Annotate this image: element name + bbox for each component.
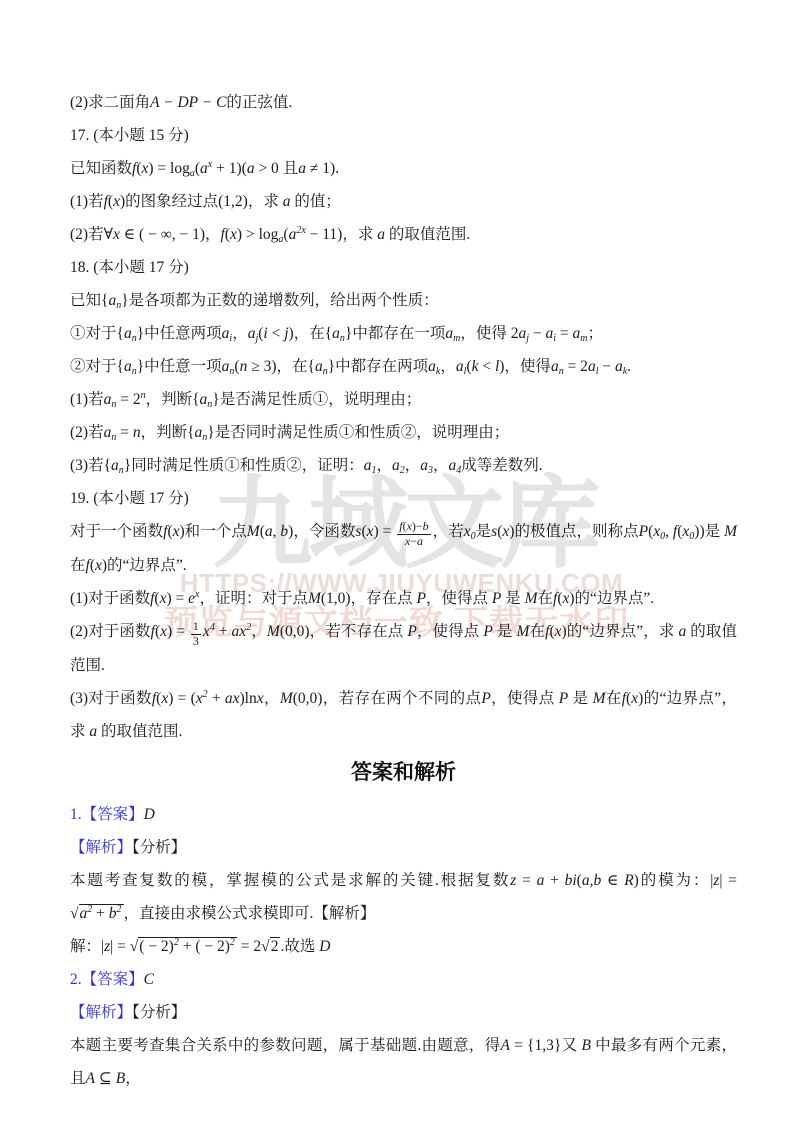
answers-heading: 答案和解析	[70, 754, 737, 790]
q18-part2: (2)若an = n，判断{an}是否同时满足性质①和性质②，说明理由；	[70, 416, 737, 449]
q18-header: 18. (本小题 17 分)	[70, 251, 737, 284]
answer2-analysis: 本题主要考查集合关系中的参数问题，属于基础题.由题意，得A = {1,3}又 B…	[70, 1029, 737, 1095]
q19-given: 对于一个函数f(x)和一个点M(a, b)，令函数s(x) = f(x)−bx−…	[70, 515, 737, 582]
questions-section: (2)求二面角A − DP − C的正弦值.17. (本小题 15 分)已知函数…	[70, 86, 737, 748]
q19-part3: (3)对于函数f(x) = (x2 + ax)lnx，M(0,0)，若存在两个不…	[70, 682, 737, 748]
square-root: √2	[261, 937, 280, 955]
q19-part2: (2)对于函数f(x) = 13x4 + ax2，M(0,0)，若不存在点 P，…	[70, 615, 737, 682]
document-content: (2)求二面角A − DP − C的正弦值.17. (本小题 15 分)已知函数…	[0, 0, 793, 1095]
answer1-analysis: 本题考查复数的模，掌握模的公式是求解的关键.根据复数z = a + bi(a,b…	[70, 864, 737, 930]
q17-part2: (2)若∀x ∈ ( − ∞, − 1)，f(x) > loga(a2x − 1…	[70, 218, 737, 251]
q19-part1: (1)对于函数f(x) = ex，证明：对于点M(1,0)，存在点 P，使得点 …	[70, 582, 737, 615]
q18-prop2: ②对于{an}中任意一项an(n ≥ 3)，在{an}中都存在两项ak，al(k…	[70, 350, 737, 383]
answers-section: 1.【答案】D【解析】【分析】本题考查复数的模，掌握模的公式是求解的关键.根据复…	[70, 798, 737, 1095]
q18-part3: (3)若{an}同时满足性质①和性质②，证明：a1，a2，a3，a4成等差数列.	[70, 449, 737, 482]
q17-given: 已知函数f(x) = loga(ax + 1)(a > 0 且a ≠ 1).	[70, 152, 737, 185]
answer2-analysis-label: 【解析】【分析】	[70, 996, 737, 1029]
document-page: 九域文库 HTTPS://WWW.JIUYUWENKU.COM 预览与源文档一致…	[0, 0, 793, 1122]
q17-part1: (1)若f(x)的图象经过点(1,2)，求 a 的值；	[70, 185, 737, 218]
q18-given: 已知{an}是各项都为正数的递增数列，给出两个性质：	[70, 284, 737, 317]
q16-part2: (2)求二面角A − DP − C的正弦值.	[70, 86, 737, 119]
fraction: 13	[191, 620, 201, 649]
q18-part1: (1)若an = 2n，判断{an}是否满足性质①，说明理由；	[70, 383, 737, 416]
q18-prop1: ①对于{an}中任意两项ai，aj(i < j)，在{an}中都存在一项am，使…	[70, 317, 737, 350]
q17-header: 17. (本小题 15 分)	[70, 119, 737, 152]
square-root: √a2 + b2	[70, 904, 124, 922]
answer1-solution: 解：|z| = √( − 2)2 + ( − 2)2 = 2√2.故选 D	[70, 930, 737, 963]
answer1-label: 1.【答案】D	[70, 798, 737, 831]
fraction: f(x)−bx−a	[397, 520, 430, 549]
answer1-analysis-label: 【解析】【分析】	[70, 831, 737, 864]
square-root: √( − 2)2 + ( − 2)2	[130, 937, 237, 955]
q19-header: 19. (本小题 17 分)	[70, 482, 737, 515]
answer2-label: 2.【答案】C	[70, 963, 737, 996]
